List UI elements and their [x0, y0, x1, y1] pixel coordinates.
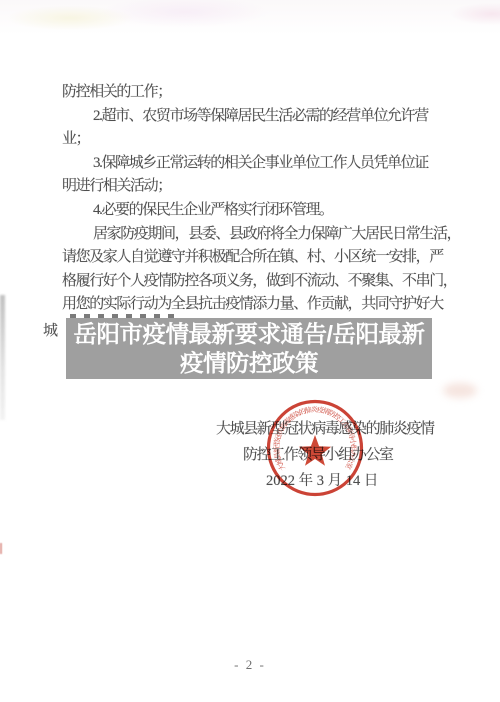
body-line: 防控相关的工作；	[62, 81, 460, 105]
official-red-seal: 大城县新型冠状病毒感染的肺炎疫情防控工作领导小组办公室	[262, 397, 368, 503]
body-line: 请您及家人自觉遵守并积极配合所在镇、村、小区统一安排，严	[62, 246, 460, 270]
partially-hidden-line-char: 城	[43, 319, 57, 340]
photo-edge-speck	[0, 543, 2, 554]
banner-title-line2: 疫情防控政策	[180, 349, 318, 378]
document-body-text: 防控相关的工作； 2.超市、农贸市场等保障居民生活必需的经营单位允许营 业； 3…	[62, 81, 460, 317]
body-line: 2.超市、农贸市场等保障居民生活必需的经营单位允许营	[62, 105, 460, 129]
body-line: 业；	[62, 128, 460, 152]
body-line: 格履行好个人疫情防控各项义务，做到不流动、不聚集、不串门，	[62, 270, 460, 294]
banner-title-line1: 岳阳市疫情最新要求通告/岳阳最新	[73, 320, 424, 349]
caption-overlay-banner: 岳阳市疫情最新要求通告/岳阳最新 疫情防控政策	[66, 318, 432, 379]
pink-ink-smudge	[443, 383, 477, 398]
document-photo: { "document": { "body_lines": [ { "text"…	[0, 0, 500, 702]
body-line: 居家防疫期间，县委、县政府将全力保障广大居民日常生活，	[62, 223, 460, 247]
page-number: - 2 -	[0, 657, 500, 673]
seal-star-icon	[299, 435, 331, 466]
body-line: 3.保障城乡正常运转的相关企事业单位工作人员凭单位证	[62, 152, 460, 176]
body-line: 4.必要的保民生企业严格实行闭环管理。	[62, 199, 460, 223]
photo-edge-smudge	[0, 295, 5, 420]
body-line: 明进行相关活动；	[62, 175, 460, 199]
